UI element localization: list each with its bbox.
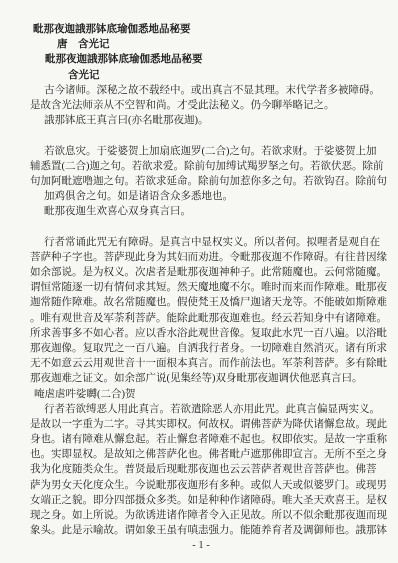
text-line: 行者常诵此咒无有障碍。是真言中显权实义。所以者何。拟哩者是观自在 [30,235,372,250]
mantra-line: 唵虐虐吽娑嚩(二合)贺 [30,387,372,402]
blank-line [30,219,372,234]
text-line: 也。实即显权。是故知之佛菩萨化也。佛者毗卢遮那佛即宣言。无所不至之身 [30,447,372,462]
inner-title-line: 毗那夜迦誐那钵底瑜伽悉地品秘要 [30,52,372,67]
text-line: 身也。诸有障难从懈怠起。若止懈怠者障难不起也。权即依实。是故一字重称 [30,432,372,447]
translator-line: 唐 含光记 [30,37,372,52]
page-number: - 1 - [30,538,372,553]
text-line: 是故含光法师亲从不空智和尚。才受此法秘义。仍今聊举略记之。 [30,98,372,113]
text-line: 那夜迦像。复取咒之一百八遍。自洒我行者身。一切障难自然消灭。诸有所求 [30,341,372,356]
doc-title-line: 毗那夜迦誐那钵底瑜伽悉地品秘要 [30,22,372,37]
text-line: 菩萨种子字也。菩萨现此身为其妇而劝进。令毗那夜迦不作障碍。有往昔因缘 [30,250,372,265]
text-block: 毗那夜迦誐那钵底瑜伽悉地品秘要 唐 含光记 毗那夜迦誐那钵底瑜伽悉地品秘要 含光… [0,0,398,554]
text-line: 所求善事多不如心者。应以香水浴此观世音像。复取此水咒一百八遍。以浴毗 [30,326,372,341]
text-line: 句加阿毗遮噜迦之句。若欲求延命。除前句加惹你多之句。若欲钩召。除前句 [30,174,372,189]
text-line: 无不如意云云用观世音十一面根本真言。而作前法也。军荼利菩萨。多有除毗 [30,356,372,371]
text-line: 迦常随作障难。故名常随魔也。假使梵王及憍尸迦诸天龙等。不能破如斯障难 [30,295,372,310]
text-line: 象头。此是示喻故。谓如象王虽有嗔恚强力。能随养育者及调御师也。誐那钵 [30,523,372,538]
text-line: 女端正之貌。即分四部摄众多类。如是种种作诸障碍。唯大圣天欢喜王。是权 [30,493,372,508]
text-line: 那夜迦难之证文。如余部广说(见集经等)双身毗那夜迦调伏他恶真言曰。 [30,371,372,386]
blank-line [30,128,372,143]
text-line: 古今诸师。深秘之故不载经中。或出真言不显其理。末代学者多被障碍。 [30,83,372,98]
text-line: 辅悉置(二合)迦之句。若欲求爱。除前句加缚试羯罗拏之句。若欲伏恶。除前 [30,159,372,174]
text-line: 我为化度随类众生。普贤最后现毗那夜迦也云云菩萨者观世音菩萨也。佛菩 [30,462,372,477]
text-line: 是故以一字重为二字。寻其实即权。何故权。谓佛菩萨为降伏诸懈怠故。现此 [30,417,372,432]
text-line: 誐那钵底王真言曰(亦名毗那夜迦)。 [30,113,372,128]
text-line: 若欲息灾。于娑婆贺上加扇底迦罗(二合)之句。若欲求财。于娑婆贺上加 [30,144,372,159]
text-line: 。唯有观世音及军荼利菩萨。能除此毗那夜迦难也。经云若知身中有诸障难。 [30,311,372,326]
text-line: 加鸡俱舍之句。如是诸语含众多悉地也。 [30,189,372,204]
text-line: 行者若欲缚恶人用此真言。若欲遣除恶人亦用此咒。此真言偏显两实义。 [30,402,372,417]
document-page: 毗那夜迦誐那钵底瑜伽悉地品秘要 唐 含光记 毗那夜迦誐那钵底瑜伽悉地品秘要 含光… [0,0,398,563]
text-line: 如余部说。是为权义。次虐者是毗那夜迦神种子。此常随魔也。云何常随魔。 [30,265,372,280]
text-line: 毗那夜迦生欢喜心双身真言曰。 [30,204,372,219]
text-line: 萨为男女天化度众生。今说毗那夜迦形有多种。或似人天或似婆罗门。或现男 [30,478,372,493]
text-line: 谓恒常随逐一切有情伺求其短。然天魔地魔不尔。唯时而来而作障难。毗那夜 [30,280,372,295]
text-line: 现之身。如上所说。为欲诱进诸作障者令入正见故。所以不似余毗那夜迦而现 [30,508,372,523]
inner-author-line: 含光记 [30,68,372,83]
